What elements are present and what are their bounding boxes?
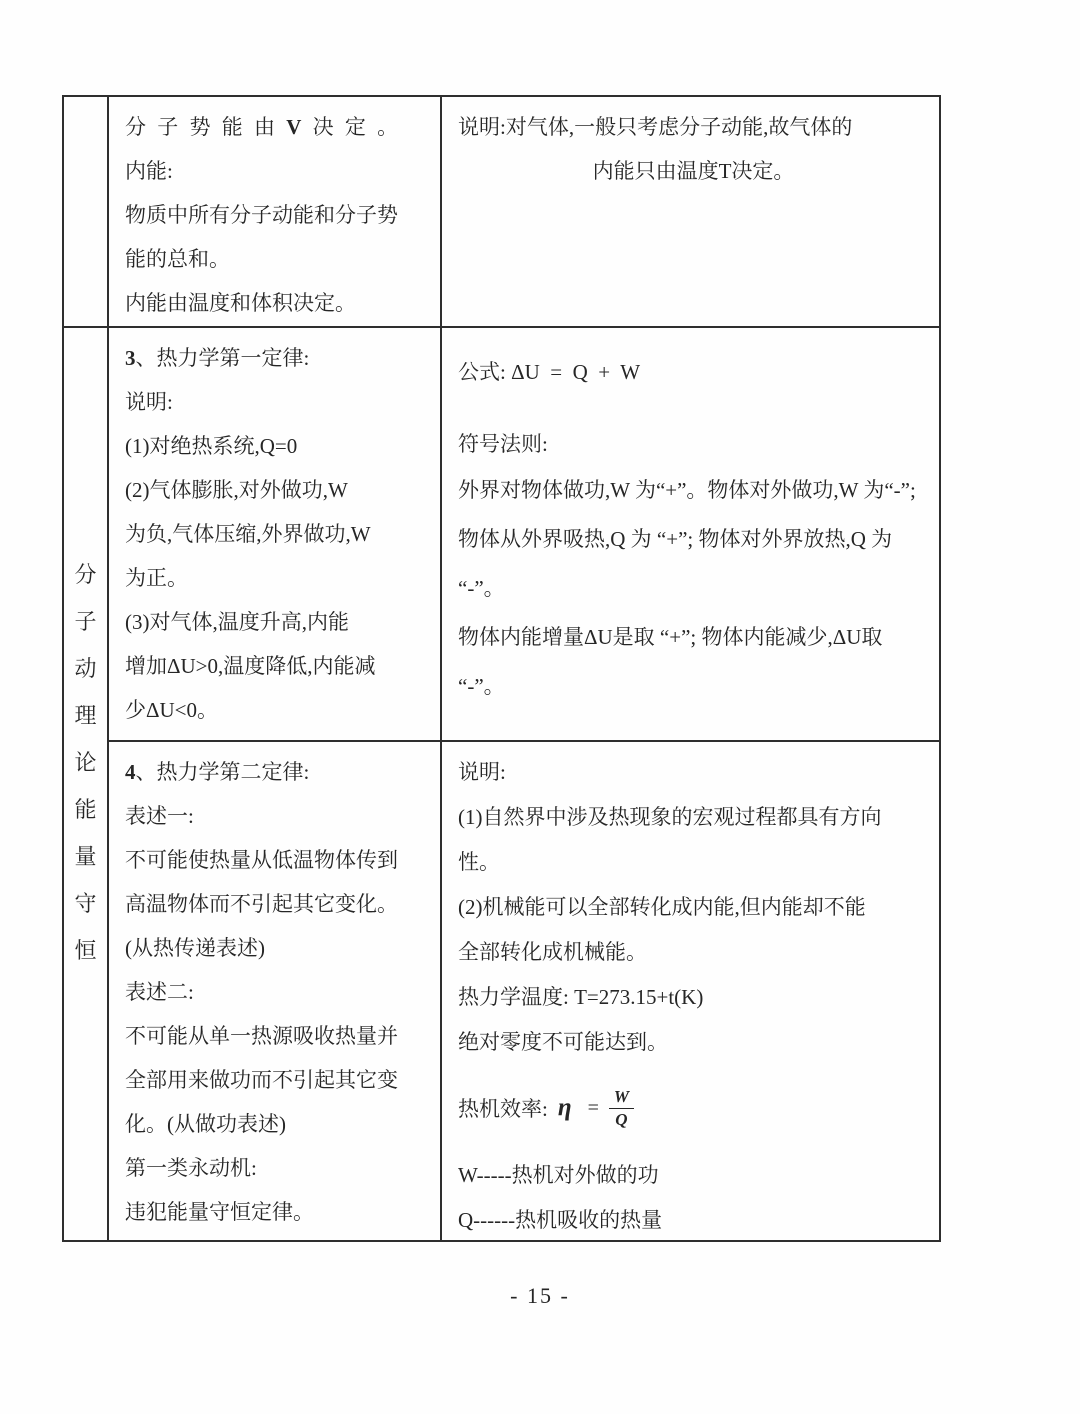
text-line: 高温物体而不引起其它变化。 bbox=[125, 882, 428, 926]
text-line: 全部转化成机械能。 bbox=[458, 930, 929, 975]
text-line: 内能: bbox=[125, 149, 428, 193]
text-line: 热力学温度: T=273.15+t(K) bbox=[458, 975, 929, 1020]
text-line: 说明:对气体,一般只考虑分子动能,故气体的 bbox=[458, 105, 929, 149]
section-title: 3、热力学第一定律: bbox=[125, 336, 428, 380]
text-line: “-”。 bbox=[458, 564, 929, 613]
text-line: 物体内能增量ΔU是取 “+”; 物体内能减少,ΔU取 bbox=[458, 613, 929, 662]
text-line: 违犯能量守恒定律。 bbox=[125, 1190, 428, 1234]
text-line: 说明: bbox=[125, 380, 428, 424]
vertical-category-label: 分 子 动 理 论 能 量 守 恒 bbox=[64, 328, 107, 1240]
text-line: 表述二: bbox=[125, 970, 428, 1014]
text-line: W-----热机对外做的功 bbox=[458, 1153, 929, 1198]
page-number: - 15 - bbox=[0, 1283, 1080, 1309]
text-line: 外界对物体做功,W 为“+”。物体对外做功,W 为“-”; bbox=[458, 466, 929, 515]
text-line: 分 子 势 能 由 V 决 定 。 bbox=[125, 105, 428, 149]
text-line: (从热传递表述) bbox=[125, 926, 428, 970]
second-law-right-cell: 说明: (1)自然界中涉及热现象的宏观过程都具有方向 性。 (2)机械能可以全部… bbox=[442, 742, 939, 1240]
text-line: 物体从外界吸热,Q 为 “+”; 物体对外界放热,Q 为 bbox=[458, 515, 929, 564]
text-line: 少ΔU<0。 bbox=[125, 688, 428, 732]
formula-line: 公式: ΔU = Q + W bbox=[458, 350, 929, 394]
text-line: 说明: bbox=[458, 750, 929, 795]
row1-right-cell: 说明:对气体,一般只考虑分子动能,故气体的 内能只由温度T决定。 bbox=[442, 97, 939, 328]
empty-corner-cell bbox=[64, 97, 109, 328]
second-law-left-cell: 4、热力学第二定律: 表述一: 不可能使热量从低温物体传到 高温物体而不引起其它… bbox=[109, 742, 442, 1240]
text-line: 化。(从做功表述) bbox=[125, 1102, 428, 1146]
text-line: 全部用来做功而不引起其它变 bbox=[125, 1058, 428, 1102]
text-line: 表述一: bbox=[125, 794, 428, 838]
text-line: 不可能使热量从低温物体传到 bbox=[125, 838, 428, 882]
text-line: (1)自然界中涉及热现象的宏观过程都具有方向 bbox=[458, 795, 929, 840]
text-line: 内能由温度和体积决定。 bbox=[125, 281, 428, 325]
text-line: Q------热机吸收的热量 bbox=[458, 1198, 929, 1240]
text-line: 能的总和。 bbox=[125, 237, 428, 281]
text-line: (1)对绝热系统,Q=0 bbox=[125, 424, 428, 468]
row1-left-cell: 分 子 势 能 由 V 决 定 。 内能: 物质中所有分子动能和分子势 能的总和… bbox=[109, 97, 442, 328]
efficiency-formula: 热机效率:η=WQ bbox=[458, 1077, 929, 1139]
notes-table: 分 子 势 能 由 V 决 定 。 内能: 物质中所有分子动能和分子势 能的总和… bbox=[62, 95, 941, 1242]
category-label-cell: 分 子 动 理 论 能 量 守 恒 bbox=[64, 328, 109, 1240]
text-line: (3)对气体,温度升高,内能 bbox=[125, 600, 428, 644]
text-line: 绝对零度不可能达到。 bbox=[458, 1020, 929, 1065]
text-line: “-”。 bbox=[458, 662, 929, 711]
text-line: 为负,气体压缩,外界做功,W bbox=[125, 512, 428, 556]
text-line: 为正。 bbox=[125, 556, 428, 600]
text-line: 物质中所有分子动能和分子势 bbox=[125, 193, 428, 237]
text-line: (2)机械能可以全部转化成内能,但内能却不能 bbox=[458, 885, 929, 930]
text-line: 内能只由温度T决定。 bbox=[458, 149, 929, 193]
section-title: 4、热力学第二定律: bbox=[125, 750, 428, 794]
first-law-left-cell: 3、热力学第一定律: 说明: (1)对绝热系统,Q=0 (2)气体膨胀,对外做功… bbox=[109, 328, 442, 742]
rule-title: 符号法则: bbox=[458, 422, 929, 466]
text-line: 不可能从单一热源吸收热量并 bbox=[125, 1014, 428, 1058]
eta-symbol: η bbox=[548, 1094, 578, 1122]
w-over-q-fraction: WQ bbox=[609, 1087, 634, 1129]
text-line: 性。 bbox=[458, 840, 929, 885]
text-line: 第一类永动机: bbox=[125, 1146, 428, 1190]
first-law-right-cell: 公式: ΔU = Q + W 符号法则: 外界对物体做功,W 为“+”。物体对外… bbox=[442, 328, 939, 742]
text-line: (2)气体膨胀,对外做功,W bbox=[125, 468, 428, 512]
text-line: 增加ΔU>0,温度降低,内能减 bbox=[125, 644, 428, 688]
